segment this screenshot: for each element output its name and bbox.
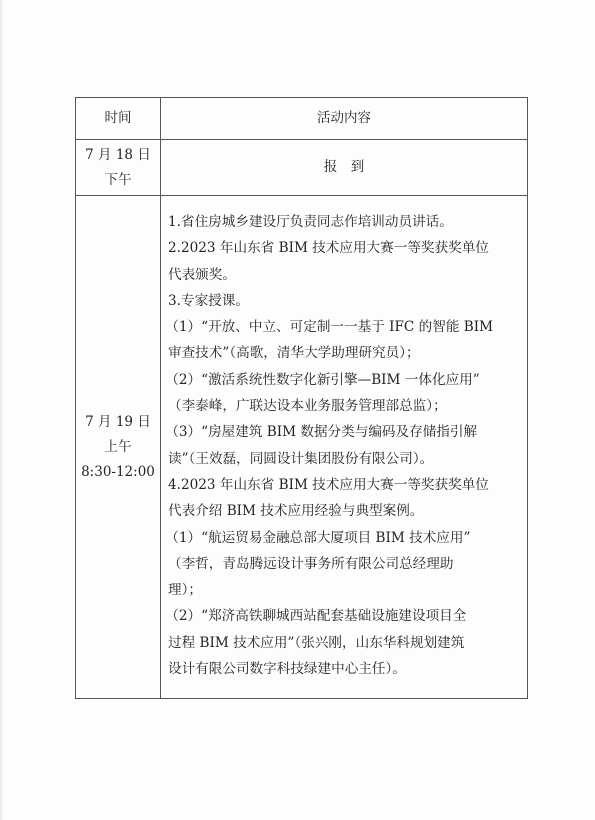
content-line: 2.2023 年山东省 BIM 技术应用大赛一等奖获奖单位	[168, 235, 524, 261]
content-line: 读”（王效磊，同圆设计集团股份有限公司）。	[168, 446, 524, 472]
content-line: （1）“开放、中立、可定制一一基于 IFC 的智能 BIM	[168, 314, 524, 340]
content-line: （2）“郑济高铁聊城西站配套基础设施建设项目全	[168, 603, 524, 629]
content-line: 3.专家授课。	[168, 288, 524, 314]
content-line: 1.省住房城乡建设厅负责同志作培训动员讲话。	[168, 209, 524, 235]
content-line: 代表介绍 BIM 技术应用经验与典型案例。	[168, 498, 524, 524]
header-time: 时间	[76, 98, 160, 139]
document-page: 时间 活动内容 7 月 18 日 下午 报 到 7 月 19 日 上午 8:30…	[0, 0, 595, 820]
row1-content-cell: 报 到	[161, 140, 527, 195]
content-line: 审查技术”（高歌，清华大学助理研究员）；	[168, 340, 524, 366]
content-line: 设计有限公司数字科技绿建中心主任）。	[168, 656, 524, 682]
row2-content-cell: 1.省住房城乡建设厅负责同志作培训动员讲话。 2.2023 年山东省 BIM 技…	[168, 209, 524, 682]
content-line: 理）；	[168, 577, 524, 603]
content-line: 过程 BIM 技术应用”（张兴刚，山东华科规划建筑	[168, 630, 524, 656]
row1-period: 下午	[105, 168, 132, 193]
scan-edge-left	[0, 0, 4, 820]
header-activity-label: 活动内容	[317, 106, 371, 131]
content-line: （3）“房屋建筑 BIM 数据分类与编码及存储指引解	[168, 419, 524, 445]
content-line: （李泰峰，广联达设本业务服务管理部总监）；	[168, 393, 524, 419]
row1-time-cell: 7 月 18 日 下午	[76, 140, 160, 195]
row2-period: 上午	[105, 435, 132, 460]
content-line: （李哲，青岛腾远设计事务所有限公司总经理助	[168, 551, 524, 577]
content-line: （1）“航运贸易金融总部大厦项目 BIM 技术应用”	[168, 525, 524, 551]
header-activity: 活动内容	[161, 98, 527, 139]
content-line: （2）“激活系统性数字化新引擎—BIM 一体化应用”	[168, 367, 524, 393]
header-time-label: 时间	[105, 106, 132, 131]
row1-content: 报 到	[324, 155, 365, 180]
content-line: 代表颁奖。	[168, 262, 524, 288]
row2-time-cell: 7 月 19 日 上午 8:30-12:00	[76, 196, 160, 698]
row1-date: 7 月 18 日	[85, 143, 151, 168]
row2-date: 7 月 19 日	[85, 410, 151, 435]
content-line: 4.2023 年山东省 BIM 技术应用大赛一等奖获奖单位	[168, 472, 524, 498]
schedule-table: 时间 活动内容 7 月 18 日 下午 报 到 7 月 19 日 上午 8:30…	[75, 97, 528, 699]
row2-time-range: 8:30-12:00	[81, 460, 155, 485]
